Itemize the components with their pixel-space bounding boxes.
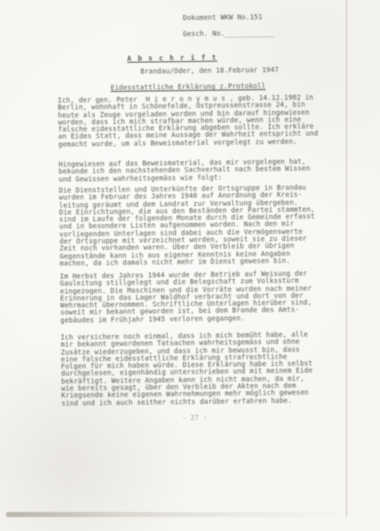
place-date-line: Brandau/Oder, den 18.Februar 1947 [140,67,278,76]
paragraph-5: Ich versichere noch einmal, dass ich mic… [61,331,334,407]
paragraph-2: Hingewiesen auf das Beweismaterial, das … [58,158,330,183]
text-line: machen, da ich damals nicht mehr im Dien… [60,257,332,268]
document-number-line: Dokument WKW No.151 [183,14,263,22]
text-line: und Gewissen wahrheitsgemäss wie folgt: [59,173,331,184]
scanned-document-page: Dokument WKW No.151 Gesch. No.__________… [0,0,380,531]
page-edge-line [346,0,347,517]
paragraph-1: Ich, der gen. Peter H i e r o n y m u s … [58,94,331,148]
file-number-line: Gesch. No.____________ [183,30,275,38]
document-title: Eidesstattliche Erklärung z.Protokoll [111,83,266,92]
text-line: gemacht wurde, um als Beweismaterial vor… [58,138,330,149]
paragraph-4: Im Herbst des Jahres 1944 wurde der Betr… [60,270,333,324]
typewritten-content: Dokument WKW No.151 Gesch. No.__________… [0,0,380,531]
copy-heading: A b s c h r i f t [127,55,217,63]
text-line: sind und ich auch seither nichts darüber… [61,397,333,408]
page-bottom-smudge [6,512,346,517]
paragraph-3: Die Dienststellen und Unterkünfte der Or… [59,184,332,268]
text-line: gebäudes im Frühjahr 1945 verloren gegan… [60,314,332,325]
page-number: - 27 - [5,413,380,425]
scan-noise-speckles [0,0,1,1]
